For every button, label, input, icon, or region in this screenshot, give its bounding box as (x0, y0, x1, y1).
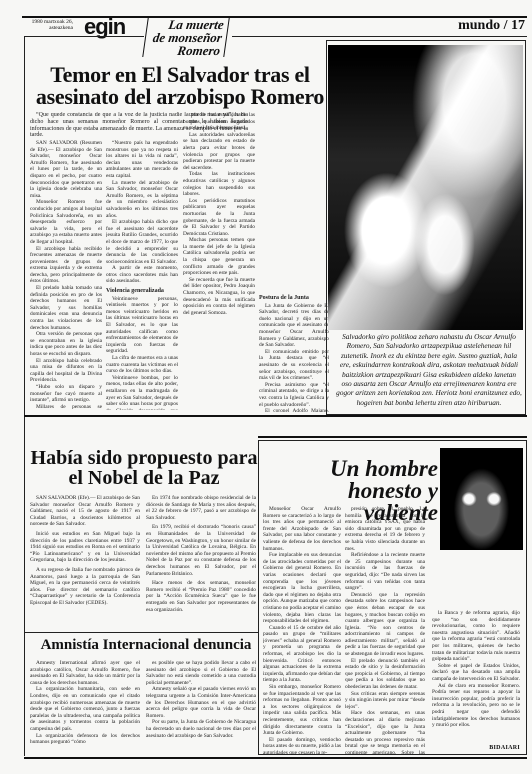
main-column-3: tado de los estallidos de las bombas, qu… (183, 112, 255, 410)
amnesty-column-1: Amnesty International afirmó ayer que el… (30, 660, 140, 760)
paragraph: A su regreso de Italia fue nombrado párr… (30, 567, 140, 607)
main-column-2: “Nuestro país ha engendrado monstruos qu… (106, 140, 178, 410)
paragraph: Así de claro era monseñor Romero. Podría… (432, 683, 520, 729)
bottom-rule (24, 757, 527, 759)
funeral-photo (328, 45, 523, 330)
paragraph: La cifra de muertos era a unas cuatro cu… (106, 355, 178, 375)
paragraph: En 1974 fue nombrado obispo residencial … (146, 495, 256, 521)
amnesty-headline: Amnistía Internacional denuncia (28, 637, 264, 654)
amnesty-column-2: es posible que se haya podido llevar a c… (146, 660, 256, 760)
paragraph: “Nuestro país ha engendrado monstruos qu… (106, 140, 178, 180)
paragraph: El pasado domingo, ventiocho horas antes… (263, 737, 341, 757)
paragraph: La organización defensora de los derecho… (30, 733, 140, 746)
paragraph: Los periódicos matutinos publicaron ayer… (183, 198, 255, 238)
paragraph: Fue implacable en sus denuncias de las a… (263, 552, 341, 625)
paragraph: En 1979, recibió el doctorado “honoris c… (146, 524, 256, 577)
section-page-label: mundo / 17 (458, 18, 525, 34)
amnesty-rule (24, 632, 258, 633)
paragraph: la Banca y de reforma agraria, dijo que … (432, 610, 520, 663)
profile-column-1: Monseñor Oscar Arnulfo Romero se caracte… (263, 506, 341, 758)
subheading: Violencia generalizada (106, 288, 178, 295)
series-kicker: La muerte de monseñor Romero (142, 18, 229, 57)
photo-caption: Salvadorko giro politikoa zeharo nahastu… (336, 332, 522, 407)
paragraph: Se recuerda que fue la muerte del líder … (183, 277, 255, 317)
paragraph: Amnesty señaló que el pasado viernes env… (146, 686, 256, 719)
paragraph: La muerte del arzobispo de San Salvador,… (106, 180, 178, 220)
paragraph: Muchas personas temen que la muerte del … (183, 237, 255, 277)
weekday-line: asteazkena (25, 25, 73, 31)
headline-line: Había sido propuesto para (28, 448, 260, 468)
paragraph: Precisa asimismo que “el criminal atenta… (259, 382, 329, 408)
main-column-4: Postura de la Junta La Junta de Gobierno… (259, 292, 329, 412)
paragraph: Cuando el 15 de octubre del año pasado u… (263, 625, 341, 684)
paragraph: Sobre el papel de Estados Unidos, declar… (432, 663, 520, 683)
paragraph: Todas las instituciones educativas catól… (183, 171, 255, 197)
headline-line: el Nobel de la Paz (28, 468, 260, 488)
kicker-line: Romero (147, 44, 221, 57)
profile-column-3: la Banca y de reforma agraria, dijo que … (432, 610, 520, 745)
issue-date: 1980 martxoak 26, asteazkena (25, 19, 73, 31)
paragraph: Hace menos de dos semanas, monseñor Rome… (146, 580, 256, 613)
paragraph: SAN SALVADOR (Resumen de Efe).— El arzob… (30, 140, 102, 199)
paragraph: Veintinueve personas, veintiseis muertos… (106, 296, 178, 355)
subheading: Postura de la Junta (259, 295, 329, 302)
paragraph: tado de los estallidos de las bombas, qu… (183, 112, 255, 132)
nobel-column-1: SAN SALVADOR (Efe).— El arzobispo de San… (30, 495, 140, 630)
paragraph: Otra versión de personas que se encontra… (30, 331, 102, 357)
paragraph: Monseñor Oscar Arnulfo Romero se caracte… (263, 506, 341, 552)
paragraph: SAN SALVADOR (Efe).— El arzobispo de San… (30, 495, 140, 528)
paragraph: Inició sus estudios en San Miguel bajo l… (30, 531, 140, 564)
headline-line: Un hombre (302, 458, 438, 480)
paragraph: Las autoridades salvadoreñas se han decl… (183, 132, 255, 172)
paragraph: A partir de este momento, otros cinco sa… (106, 265, 178, 285)
paragraph: El arzobispo había dicho que fue el ases… (106, 219, 178, 265)
section-divider-right (258, 436, 527, 438)
left-border (24, 36, 25, 756)
paragraph: presión sobre el pueblo. La homilía fue … (345, 506, 425, 552)
headline-line: asesinato del arzobispo Romero (30, 86, 330, 108)
nobel-headline: Había sido propuesto para el Nobel de la… (28, 448, 260, 488)
paragraph: Monseñor Romero fue conducido por amigos… (30, 199, 102, 245)
paragraph: Amnesty International afirmó ayer que el… (30, 660, 140, 686)
main-column-1: SAN SALVADOR (Resumen de Efe).— El arzob… (30, 140, 102, 410)
paragraph: es posible que se haya podido llevar a c… (146, 660, 256, 686)
paragraph: Veintinueve bombas, por lo menos, todas … (106, 375, 178, 410)
paragraph: Sus críticas eran siempre serenas y sin … (345, 691, 425, 711)
paragraph: La Junta de Gobierno de El Salvador, dec… (259, 303, 329, 349)
paragraph: Hace dos semanas, en unas declaraciones … (345, 710, 425, 758)
paragraph: Denunció que la represión desatada sobre… (345, 592, 425, 658)
paragraph: El coronel Adolfo Majano, miembro de la … (259, 408, 329, 412)
paragraph: El prelado había tomado una definida pos… (30, 285, 102, 331)
masthead-rule (24, 36, 144, 37)
paragraph: El comunicado emitido por la Junta desta… (259, 349, 329, 382)
romero-portrait (440, 448, 523, 550)
section-divider (24, 415, 527, 417)
paragraph: El arzobispo había celebrado una misa de… (30, 358, 102, 384)
profile-column-2: presión sobre el pueblo. La homilía fue … (345, 506, 425, 758)
headline-line: Temor en El Salvador tras el (30, 64, 330, 86)
author-signature: BIDAIARI (489, 745, 520, 751)
paragraph: Millares de personas se aglomeraban desd… (30, 404, 102, 410)
paragraph: “Hubo solo un disparo y monseñor fue cay… (30, 384, 102, 404)
masthead-rule-right (232, 36, 527, 37)
paragraph: La organización humanitaria, con sede en… (30, 686, 140, 732)
nobel-column-2: En 1974 fue nombrado obispo residencial … (146, 495, 256, 630)
paragraph: El arzobispo había recibido frecuentes a… (30, 246, 102, 286)
main-headline: Temor en El Salvador tras el asesinato d… (30, 64, 330, 108)
paragraph: Sin embargo, monseñor Romero se fue impa… (263, 684, 341, 737)
paragraph: El prelado denunció también el estado de… (345, 658, 425, 691)
paragraph: Refiriéndose a la reciente muerte de 25 … (345, 552, 425, 592)
paragraph: Por su parte, la Junta de Gobierno de Ni… (146, 719, 256, 739)
